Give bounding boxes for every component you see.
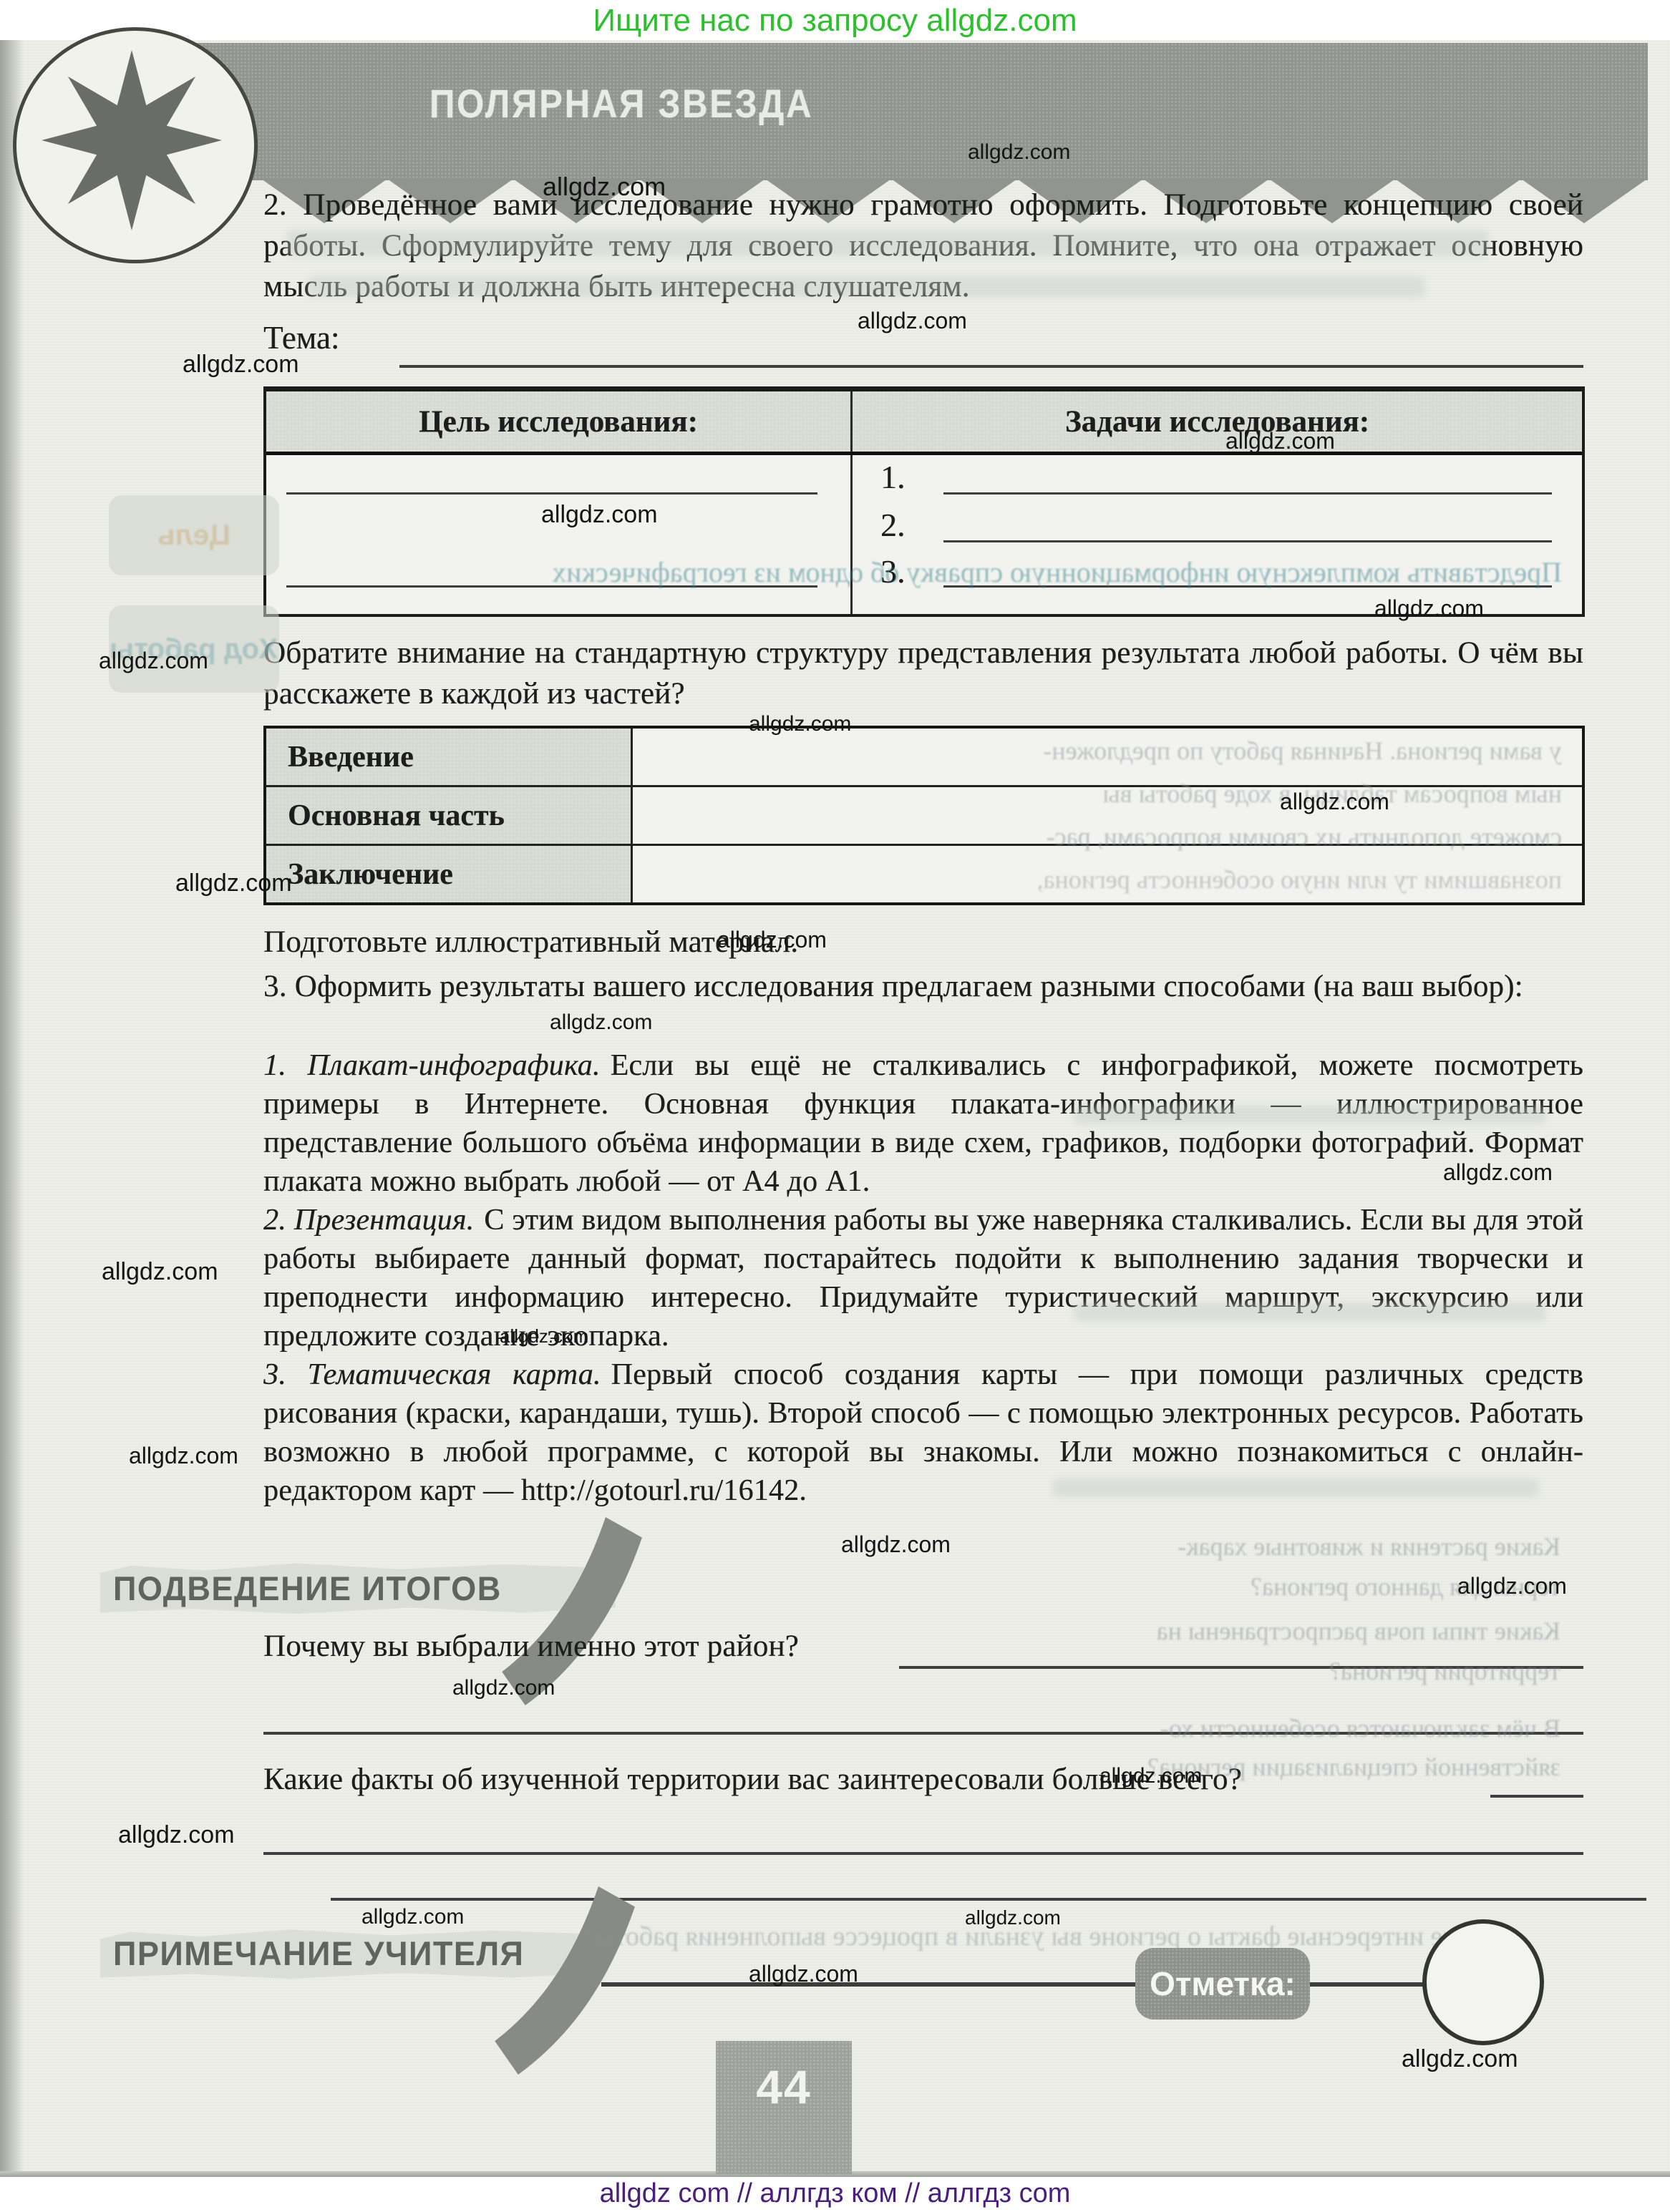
promo-text: Ищите нас по запросу allgdz.com — [0, 3, 1670, 39]
task-number: 2. — [880, 506, 906, 544]
watermark: allgdz.com — [1402, 2045, 1518, 2073]
site-footer-text: allgdz com // аллгдз ком // аллгдз com — [0, 2178, 1670, 2209]
series-banner — [165, 43, 1648, 180]
option-presentation: 2. Презентация.С этим видом выполнения р… — [263, 1201, 1583, 1355]
mark-badge: Отметка: — [1135, 1948, 1310, 2019]
structure-row-label: Основная часть — [266, 787, 633, 844]
option-lead: 2. Презентация. — [263, 1204, 474, 1237]
workbook-page-scan: Ищите нас по запросу allgdz.com ПОЛЯРНАЯ… — [0, 0, 1670, 2212]
watermark: allgdz.com — [1443, 1159, 1553, 1186]
bleedthrough-tab-text: Цель — [157, 520, 230, 551]
watermark: allgdz.com — [1099, 1764, 1202, 1788]
research-table-divider — [850, 455, 853, 614]
bleedthrough-text: территории региона? — [1102, 1656, 1560, 1686]
option-lead: 1. Плакат-инфографика. — [263, 1049, 601, 1082]
task-answer-line — [943, 492, 1552, 494]
structure-row-label: Заключение — [266, 846, 633, 902]
teacher-heading: ПРИМЕЧАНИЕ УЧИТЕЛЯ — [113, 1934, 524, 1973]
watermark: allgdz.com — [1225, 428, 1335, 454]
watermark: allgdz.com — [452, 1676, 555, 1700]
task-number: 1. — [880, 458, 906, 496]
page-number-tab: 44 — [716, 2041, 852, 2174]
bleedthrough-bar — [1052, 1478, 1539, 1497]
bleedthrough-bar — [1074, 1302, 1546, 1321]
answer-line — [263, 1852, 1583, 1855]
watermark: allgdz.com — [102, 1258, 218, 1286]
page-number: 44 — [716, 2060, 852, 2114]
watermark: allgdz.com — [129, 1443, 238, 1469]
watermark: allgdz.com — [1457, 1573, 1567, 1599]
north-star-icon — [42, 50, 222, 230]
watermark: allgdz.com — [500, 1325, 588, 1348]
bleedthrough-text: познавшими ту или иную особенность регио… — [899, 864, 1562, 895]
goal-answer-line — [286, 492, 817, 494]
bleedthrough-margin-tab: Цель — [109, 495, 279, 575]
task-answer-line — [943, 540, 1552, 542]
watermark: allgdz.com — [550, 1010, 652, 1035]
bleedthrough-bar — [1074, 1106, 1546, 1124]
watermark: allgdz.com — [717, 927, 827, 953]
watermark: allgdz.com — [749, 712, 851, 736]
watermark: allgdz.com — [361, 1905, 464, 1929]
teacher-swoosh — [487, 1886, 637, 2076]
mark-circle — [1422, 1919, 1544, 2045]
summary-heading: ПОДВЕДЕНИЕ ИТОГОВ — [113, 1569, 502, 1608]
bleedthrough-text: Какие типы почв распространены на — [1102, 1616, 1560, 1646]
bleedthrough-text: сможете дополнить их своими вопросами, р… — [899, 822, 1562, 852]
structure-intro: Обратите внимание на стандартную структу… — [263, 633, 1583, 714]
watermark: allgdz.com — [968, 140, 1070, 165]
task3-intro: 3. Оформить результаты вашего исследован… — [263, 966, 1583, 1007]
watermark: allgdz.com — [541, 501, 658, 529]
bleedthrough-text: В чём заключаются особенности хо- — [1102, 1713, 1560, 1743]
bleedthrough-text: Какие растения и животные харак- — [1102, 1531, 1560, 1561]
bleedthrough-text: у вами региона. Начиная работу по предло… — [899, 736, 1562, 766]
bleedthrough-text: ным вопросам таблицы, в ходе работы вы — [899, 779, 1562, 809]
watermark: allgdz.com — [118, 1821, 235, 1849]
bleedthrough-text: Представить комплексную информационную с… — [281, 555, 1562, 589]
option-lead: 3. Тематическая карта. — [263, 1358, 601, 1391]
watermark: allgdz.com — [749, 1961, 858, 1987]
tasks-header-cell: Задачи исследования: — [850, 391, 1582, 452]
watermark: allgdz.com — [175, 869, 292, 897]
series-title: ПОЛЯРНАЯ ЗВЕЗДА — [429, 80, 813, 127]
theme-answer-line — [399, 365, 1583, 368]
illustrative-note: Подготовьте иллюстративный материал. — [263, 922, 1583, 963]
goal-header-cell: Цель исследования: — [266, 391, 850, 452]
scan-gutter-shadow — [0, 40, 24, 2176]
watermark: allgdz.com — [543, 172, 666, 202]
watermark: allgdz.com — [1280, 789, 1389, 815]
mark-label: Отметка: — [1150, 1964, 1296, 2003]
research-table-header: Цель исследования: Задачи исследования: — [266, 391, 1582, 455]
structure-row-label: Введение — [266, 729, 633, 785]
watermark: allgdz.com — [1374, 595, 1484, 622]
watermark: allgdz.com — [965, 1906, 1061, 1929]
answer-line — [1490, 1795, 1583, 1798]
bleedthrough-bar — [286, 230, 1489, 256]
watermark: allgdz.com — [99, 648, 208, 674]
watermark: allgdz.com — [841, 1531, 951, 1558]
watermark: allgdz.com — [183, 351, 299, 379]
watermark: allgdz.com — [858, 308, 967, 334]
bleedthrough-bar — [308, 276, 1424, 298]
